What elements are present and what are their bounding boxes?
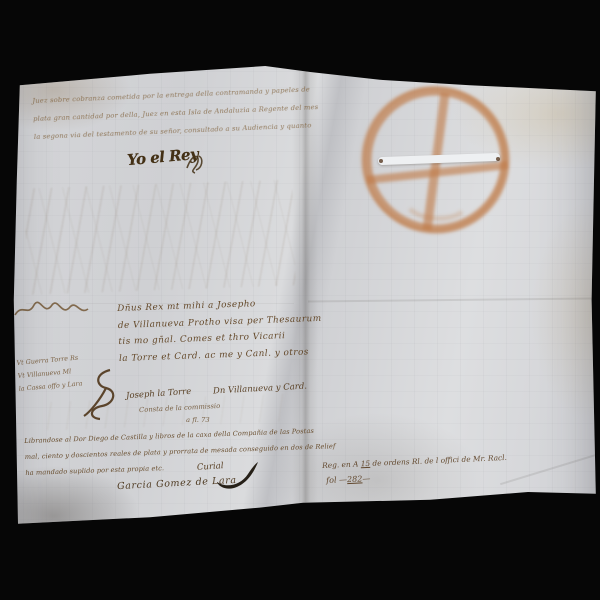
archival-folio-note: fol —282— <box>326 474 371 485</box>
manuscript-bifolium: Juez sobre cobranza cometida por la entr… <box>0 0 600 600</box>
tie-slit-dot <box>379 159 383 163</box>
notarial-paraph <box>80 366 124 422</box>
folio-prefix: fol — <box>326 475 347 485</box>
folio-suffix: — <box>362 474 370 483</box>
circular-seal-mark <box>350 74 524 254</box>
tie-slit-dot <box>496 157 500 161</box>
archival-note-prefix: Reg. en A <box>322 459 361 470</box>
archival-note-number: 15 <box>361 459 371 468</box>
margin-paraph-scribble <box>12 293 94 323</box>
royal-signature-rubric-flourish <box>183 150 209 176</box>
folio-reference: a fl. 73 <box>186 416 210 424</box>
ink-bleedthrough <box>24 179 296 294</box>
margin-note: Vt Guerra Torre Rs Vt Villanueva Ml la C… <box>16 351 83 395</box>
ratification-block: Dñus Rex mt mihi a Josepho de Villanueva… <box>117 294 323 367</box>
folio-number: 282 <box>347 474 363 484</box>
photograph-of-manuscript: Juez sobre cobranza cometida por la entr… <box>0 0 600 600</box>
